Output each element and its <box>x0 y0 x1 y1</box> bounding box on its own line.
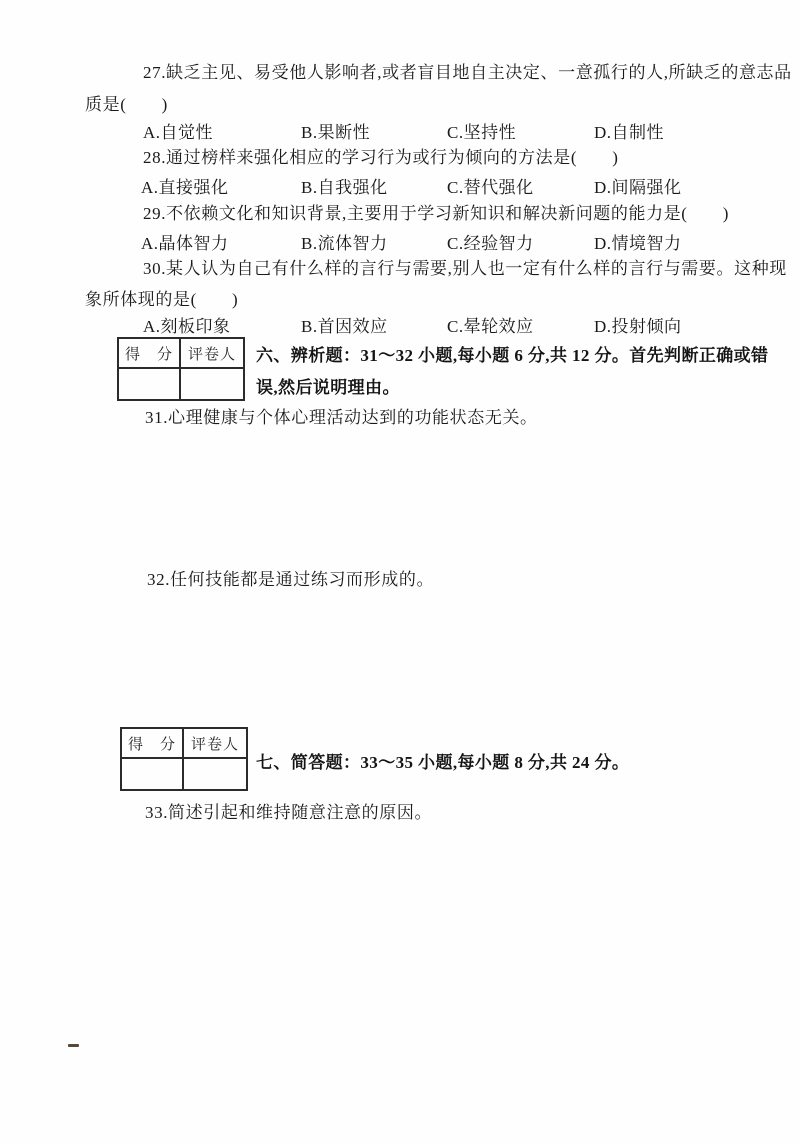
question-29-option-b: B.流体智力 <box>301 229 388 254</box>
question-29-option-a: A.晶体智力 <box>141 229 229 254</box>
question-27-option-a: A.自觉性 <box>143 118 213 143</box>
question-30-line-2: 象所体现的是( ) <box>85 288 238 312</box>
question-27-line-1: 27.缺乏主见、易受他人影响者,或者盲目地自主决定、一意孤行的人,所缺乏的意志品 <box>143 61 792 85</box>
question-30-option-a: A.刻板印象 <box>143 312 231 337</box>
question-27-options: A.自觉性 B.果断性 C.坚持性 D.自制性 <box>85 118 765 144</box>
question-27-option-c: C.坚持性 <box>447 118 516 143</box>
exam-paper-page: 27.缺乏主见、易受他人影响者,或者盲目地自主决定、一意孤行的人,所缺乏的意志品… <box>0 0 800 1145</box>
question-28-option-b: B.自我强化 <box>301 173 388 198</box>
question-32: 32.任何技能都是通过练习而形成的。 <box>147 568 434 592</box>
score-label: 得 分 <box>119 339 181 367</box>
question-28-line-1: 28.通过榜样来强化相应的学习行为或行为倾向的方法是( ) <box>143 146 619 170</box>
section-6-header-line-1: 六、辨析题：31～32 小题,每小题 6 分,共 12 分。首先判断正确或错 <box>256 340 768 372</box>
question-33: 33.简述引起和维持随意注意的原因。 <box>145 801 432 825</box>
question-27-option-d: D.自制性 <box>594 118 664 143</box>
question-28-option-c: C.替代强化 <box>447 173 534 198</box>
score-table-section-7: 得 分 评卷人 <box>120 727 248 791</box>
question-27-line-2: 质是( ) <box>85 93 168 117</box>
question-29-option-d: D.情境智力 <box>594 229 682 254</box>
grader-value-cell <box>181 369 243 399</box>
scan-artifact-dash <box>68 1044 79 1047</box>
score-label: 得 分 <box>122 729 184 757</box>
score-table-section-6: 得 分 评卷人 <box>117 337 245 401</box>
grader-label: 评卷人 <box>181 339 243 367</box>
score-table-header-row: 得 分 评卷人 <box>119 339 243 369</box>
question-30-options: A.刻板印象 B.首因效应 C.晕轮效应 D.投射倾向 <box>85 312 765 338</box>
question-31: 31.心理健康与个体心理活动达到的功能状态无关。 <box>145 406 538 430</box>
section-7-header: 七、简答题：33～35 小题,每小题 8 分,共 24 分。 <box>256 747 629 779</box>
grader-value-cell <box>184 759 246 789</box>
question-28-option-a: A.直接强化 <box>141 173 229 198</box>
section-6-header: 六、辨析题：31～32 小题,每小题 6 分,共 12 分。首先判断正确或错 误… <box>256 340 768 404</box>
grader-label: 评卷人 <box>184 729 246 757</box>
question-28-option-d: D.间隔强化 <box>594 173 682 198</box>
question-27-option-b: B.果断性 <box>301 118 370 143</box>
section-6-header-line-2: 误,然后说明理由。 <box>256 372 768 404</box>
score-value-cell <box>119 369 181 399</box>
score-table-empty-row <box>119 369 243 399</box>
score-table-header-row: 得 分 评卷人 <box>122 729 246 759</box>
question-30-option-c: C.晕轮效应 <box>447 312 534 337</box>
question-29-line-1: 29.不依赖文化和知识背景,主要用于学习新知识和解决新问题的能力是( ) <box>143 202 729 226</box>
score-value-cell <box>122 759 184 789</box>
question-29-option-c: C.经验智力 <box>447 229 534 254</box>
question-28-options: A.直接强化 B.自我强化 C.替代强化 D.间隔强化 <box>85 173 765 199</box>
question-30-option-b: B.首因效应 <box>301 312 388 337</box>
question-30-option-d: D.投射倾向 <box>594 312 682 337</box>
question-29-options: A.晶体智力 B.流体智力 C.经验智力 D.情境智力 <box>85 229 765 255</box>
question-30-line-1: 30.某人认为自己有什么样的言行与需要,别人也一定有什么样的言行与需要。这种现 <box>143 257 787 281</box>
score-table-empty-row <box>122 759 246 789</box>
